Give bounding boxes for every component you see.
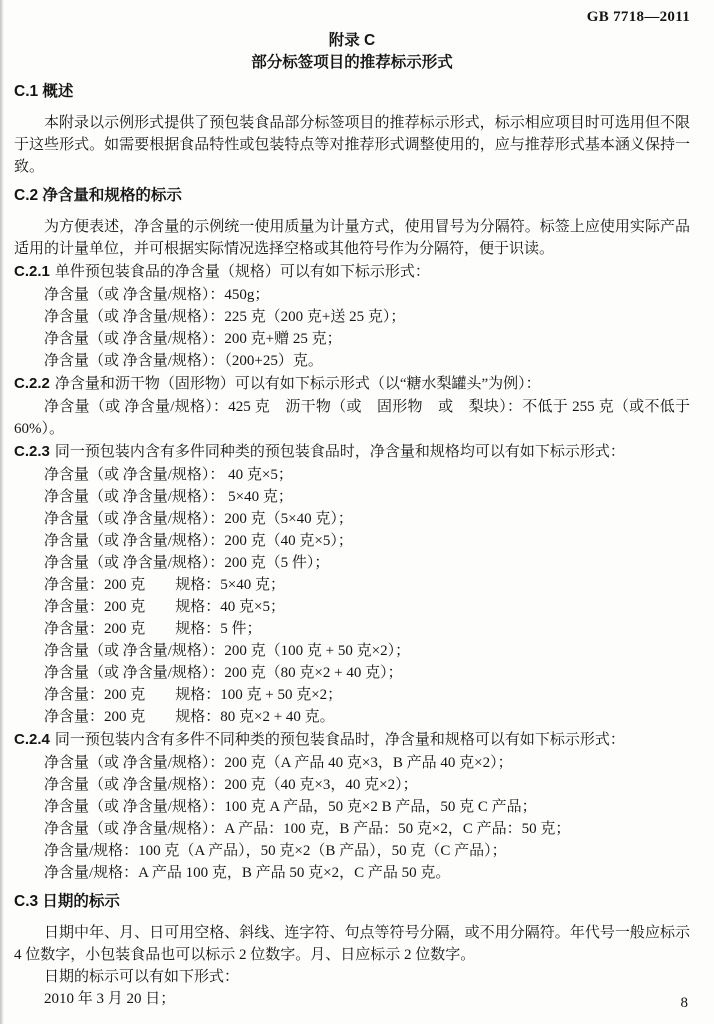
example-line: 净含量（或 净含量/规格）：200 克（5 件）；	[14, 552, 690, 574]
section-c22-number: C.2.2	[14, 375, 50, 392]
example-line: 净含量（或 净含量/规格）： 5×40 克；	[14, 486, 690, 508]
example-line: 净含量/规格：A 产品 100 克，B 产品 50 克×2，C 产品 50 克。	[14, 862, 690, 884]
example-line: 净含量（或 净含量/规格）：425 克 沥干物（或 固形物 或 梨块）：不低于 …	[14, 396, 690, 440]
example-line: 净含量（或 净含量/规格）：225 克（200 克+送 25 克）；	[14, 306, 690, 328]
section-c2-heading: C.2 净含量和规格的标示	[14, 185, 690, 207]
c1-paragraph: 本附录以示例形式提供了预包装食品部分标签项目的推荐标示形式，标示相应项目时可选用…	[14, 112, 690, 178]
section-c23-number: C.2.3	[14, 443, 50, 460]
section-c22-title: 净含量和沥干物（固形物）可以有如下标示形式（以“糖水梨罐头”为例）：	[55, 376, 541, 392]
section-c1-heading: C.1 概述	[14, 81, 690, 103]
section-c22-heading: C.2.2净含量和沥干物（固形物）可以有如下标示形式（以“糖水梨罐头”为例）：	[14, 373, 690, 395]
section-c24-title: 同一预包装内含有多件不同种类的预包装食品时，净含量和规格可以有如下标示形式：	[55, 732, 625, 748]
example-line: 净含量（或 净含量/规格）：（200+25）克。	[14, 350, 690, 372]
example-line: 净含量（或 净含量/规格）：200 克（40 克×3，40 克×2）；	[14, 774, 690, 796]
section-c21-title: 单件预包装食品的净含量（规格）可以有如下标示形式：	[55, 264, 430, 280]
example-line: 净含量（或 净含量/规格）：100 克 A 产品，50 克×2 B 产品，50 …	[14, 796, 690, 818]
example-line: 净含量（或 净含量/规格）：200 克（5×40 克）；	[14, 508, 690, 530]
c3-example-date: 2010 年 3 月 20 日；	[14, 988, 690, 1010]
section-c23-heading: C.2.3同一预包装内含有多件同种类的预包装食品时，净含量和规格均可以有如下标示…	[14, 441, 690, 463]
appendix-label: 附录 C	[14, 30, 690, 52]
example-line: 净含量：200 克 规格：80 克×2 + 40 克。	[14, 706, 690, 728]
standard-code: GB 7718—2011	[14, 6, 690, 28]
c3-paragraph: 日期中年、月、日可用空格、斜线、连字符、句点等符号分隔，或不用分隔符。年代号一般…	[14, 922, 690, 966]
example-line: 净含量（或 净含量/规格）：200 克（80 克×2 + 40 克）；	[14, 662, 690, 684]
section-c24-heading: C.2.4同一预包装内含有多件不同种类的预包装食品时，净含量和规格可以有如下标示…	[14, 729, 690, 751]
example-line: 净含量（或 净含量/规格）：200 克（40 克×5）；	[14, 530, 690, 552]
example-line: 净含量（或 净含量/规格）：200 克+赠 25 克；	[14, 328, 690, 350]
example-line: 净含量（或 净含量/规格）： 40 克×5；	[14, 464, 690, 486]
example-line: 净含量（或 净含量/规格）：450g；	[14, 284, 690, 306]
section-c21-heading: C.2.1单件预包装食品的净含量（规格）可以有如下标示形式：	[14, 261, 690, 283]
example-line: 净含量（或 净含量/规格）：A 产品：100 克，B 产品：50 克×2，C 产…	[14, 818, 690, 840]
section-c3-heading: C.3 日期的标示	[14, 891, 690, 913]
example-line: 净含量：200 克 规格：100 克 + 50 克×2；	[14, 684, 690, 706]
document-page: GB 7718—2011 附录 C 部分标签项目的推荐标示形式 C.1 概述 本…	[0, 0, 714, 1024]
example-line: 净含量：200 克 规格：5×40 克；	[14, 574, 690, 596]
example-line: 净含量/规格：100 克（A 产品），50 克×2（B 产品），50 克（C 产…	[14, 840, 690, 862]
example-line: 净含量（或 净含量/规格）：200 克（A 产品 40 克×3，B 产品 40 …	[14, 752, 690, 774]
c2-paragraph: 为方便表述，净含量的示例统一使用质量为计量方式，使用冒号为分隔符。标签上应使用实…	[14, 216, 690, 260]
example-line: 净含量（或 净含量/规格）：200 克（100 克 + 50 克×2）；	[14, 640, 690, 662]
appendix-title: 部分标签项目的推荐标示形式	[14, 52, 690, 74]
example-line: 净含量：200 克 规格：40 克×5；	[14, 596, 690, 618]
section-c24-number: C.2.4	[14, 731, 50, 748]
c3-intro-line: 日期的标示可以有如下形式：	[14, 966, 690, 988]
page-number: 8	[681, 992, 689, 1014]
section-c21-number: C.2.1	[14, 263, 50, 280]
example-line: 净含量：200 克 规格：5 件；	[14, 618, 690, 640]
section-c23-title: 同一预包装内含有多件同种类的预包装食品时，净含量和规格均可以有如下标示形式：	[55, 444, 625, 460]
